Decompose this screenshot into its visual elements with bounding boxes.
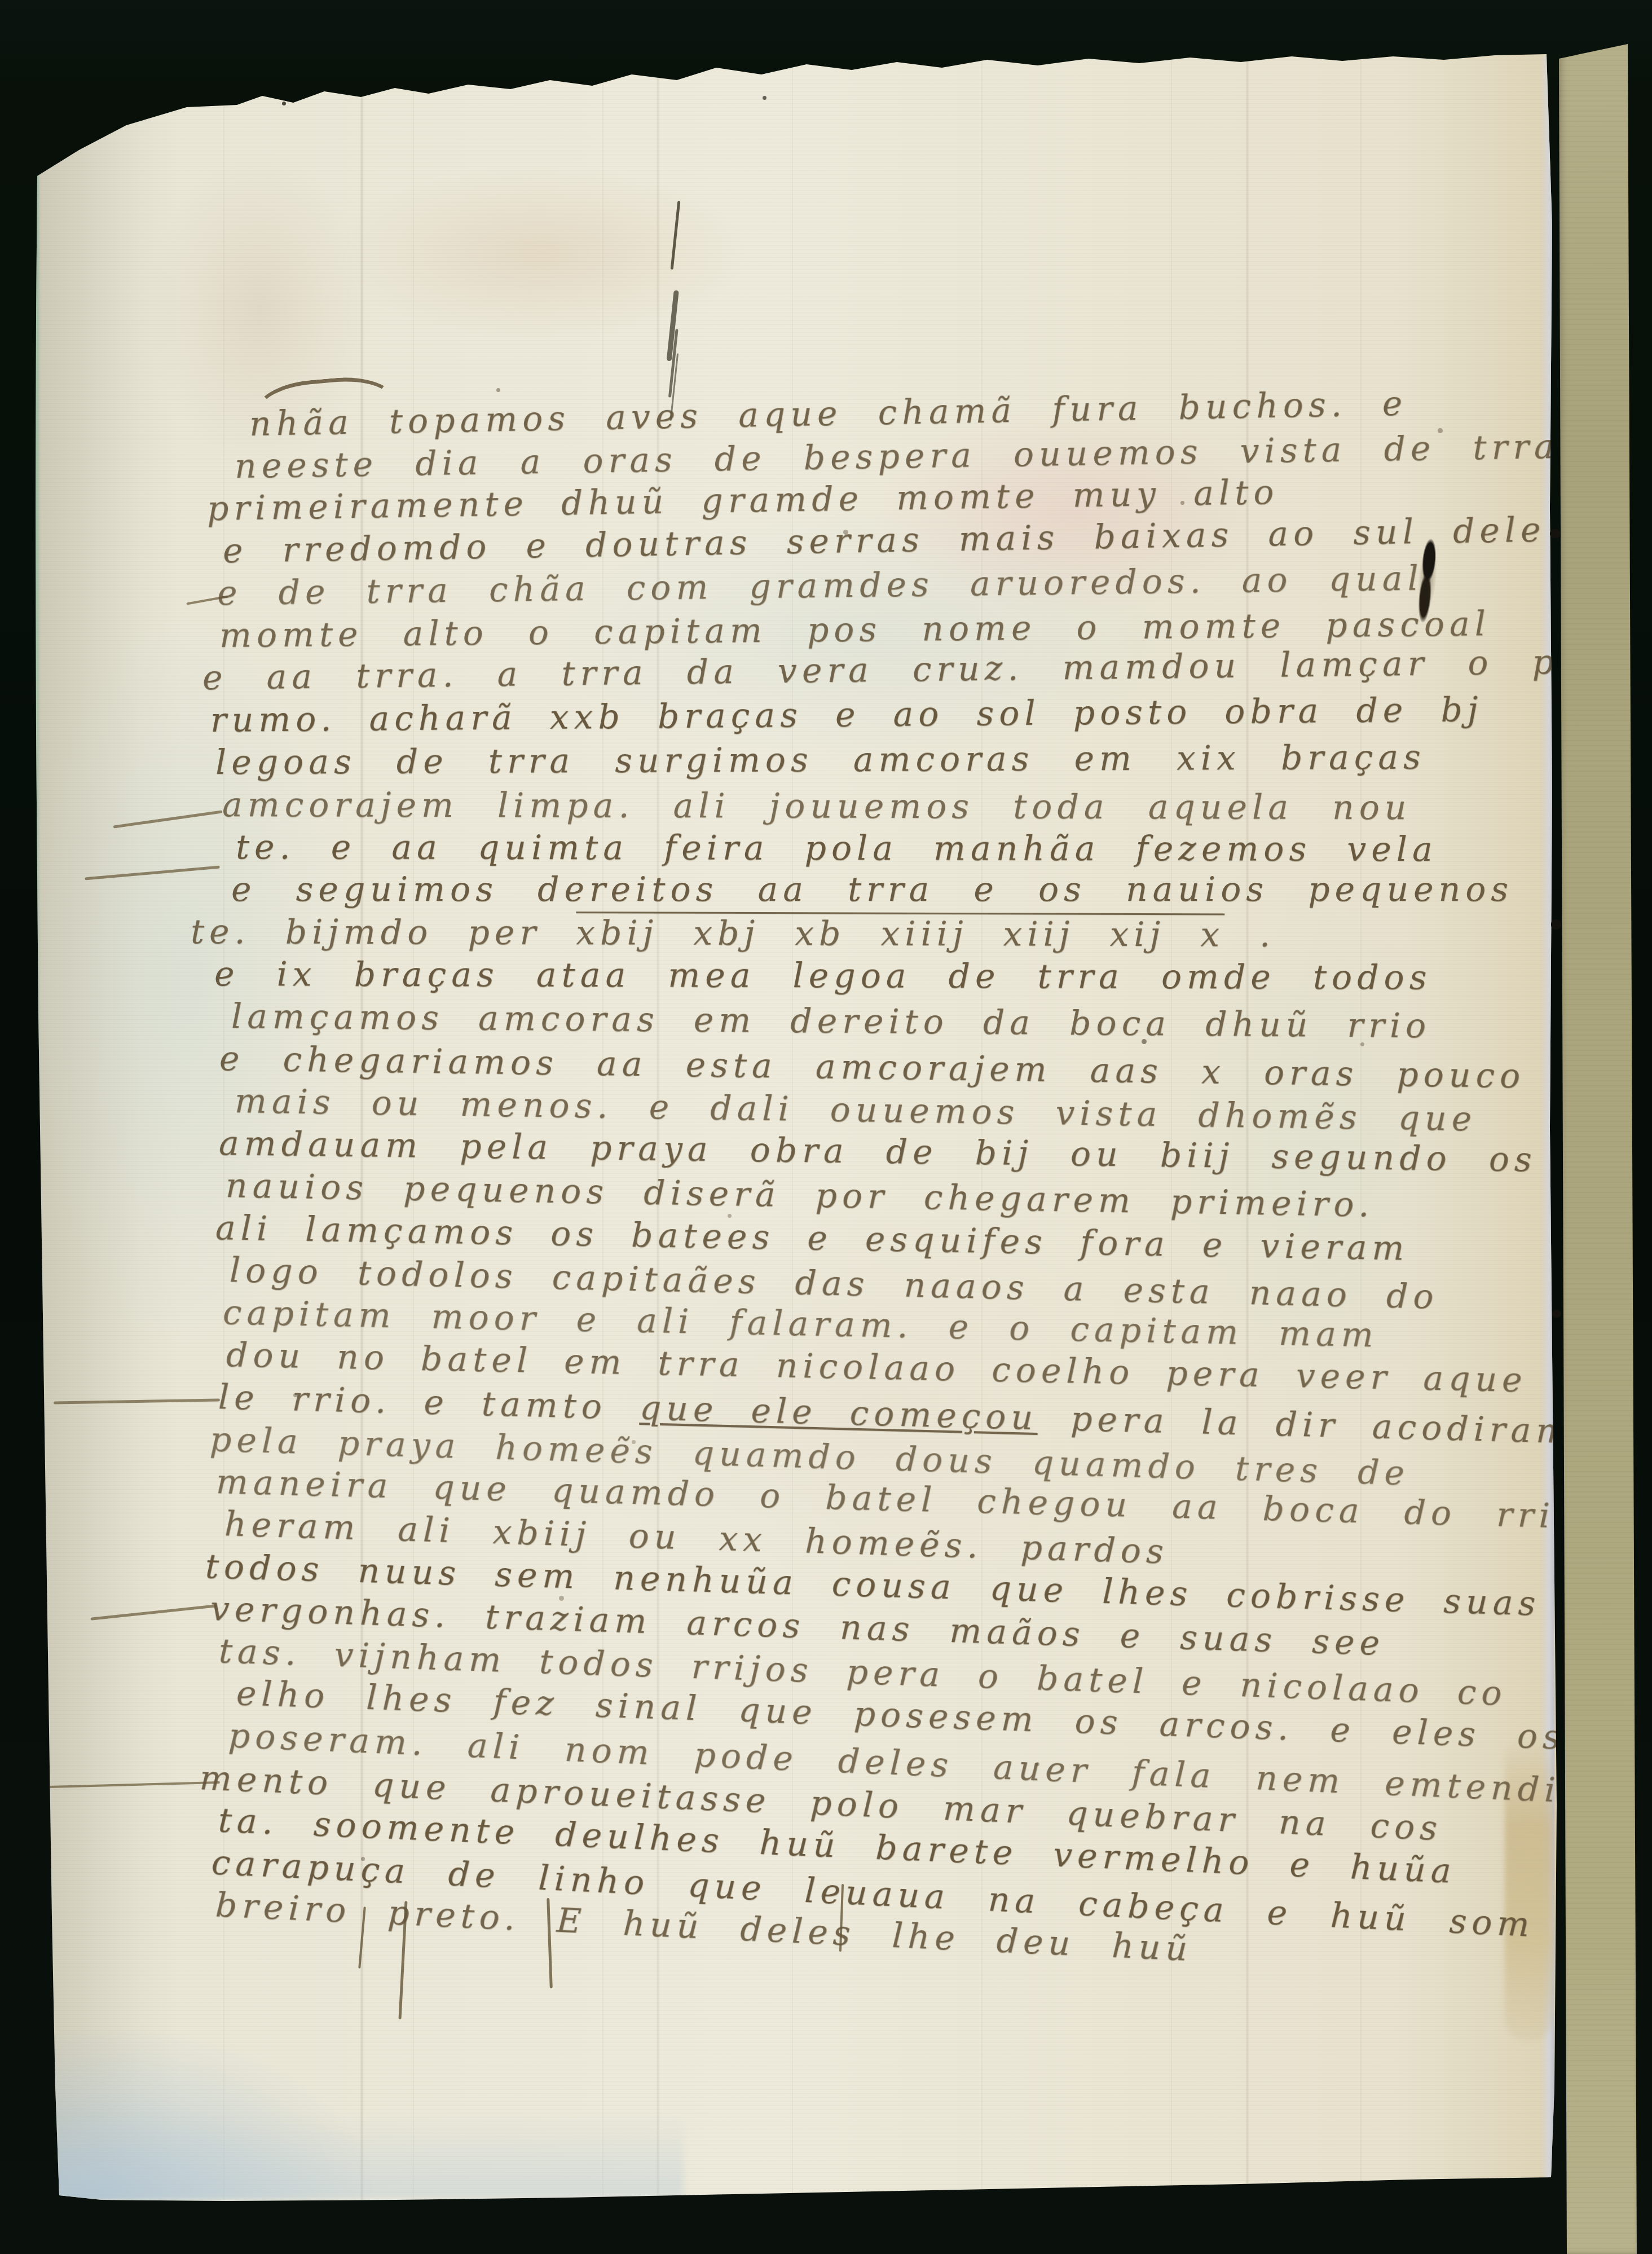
binding-stitch [1551,919,1561,930]
binding-stitch [1552,1310,1561,1318]
binding-stitch [1550,529,1560,538]
underline-mark: que ele começou [639,1388,1038,1438]
manuscript-photo: { "page": { "description": "Handwritten … [0,0,1652,2254]
manuscript-line: te. e aa quimta feira pola manhãa fezemo… [236,826,1438,871]
scene: nhãa topamos aves aque chamã fura buchos… [0,0,1652,2254]
manuscript-line: te. bijmdo per xbij xbj xb xiiij xiij xi… [191,911,1275,957]
overline-mark: xbij xbj xb xiiij xiij xij x [576,913,1224,954]
manuscript-line: amcorajem limpa. ali jouuemos toda aquel… [222,784,1412,829]
facing-leaf-texture [1554,38,1639,2254]
manuscript-line: e seguimos dereitos aa trra e os nauios … [231,869,1652,911]
manuscript-page: nhãa topamos aves aque chamã fura buchos… [34,50,1557,2204]
facing-leaf-edge [1554,38,1639,2254]
manuscript-line: lamçamos amcoras em dereito da boca dhuũ… [231,996,1431,1047]
manuscript-line: e ix braças ataa mea legoa de trra omde … [214,953,1432,999]
manuscript-line: legoas de trra surgimos amcoras em xix b… [215,737,1426,784]
text-block: nhãa topamos aves aque chamã fura buchos… [34,50,1557,2204]
ink-specks [34,50,38,54]
